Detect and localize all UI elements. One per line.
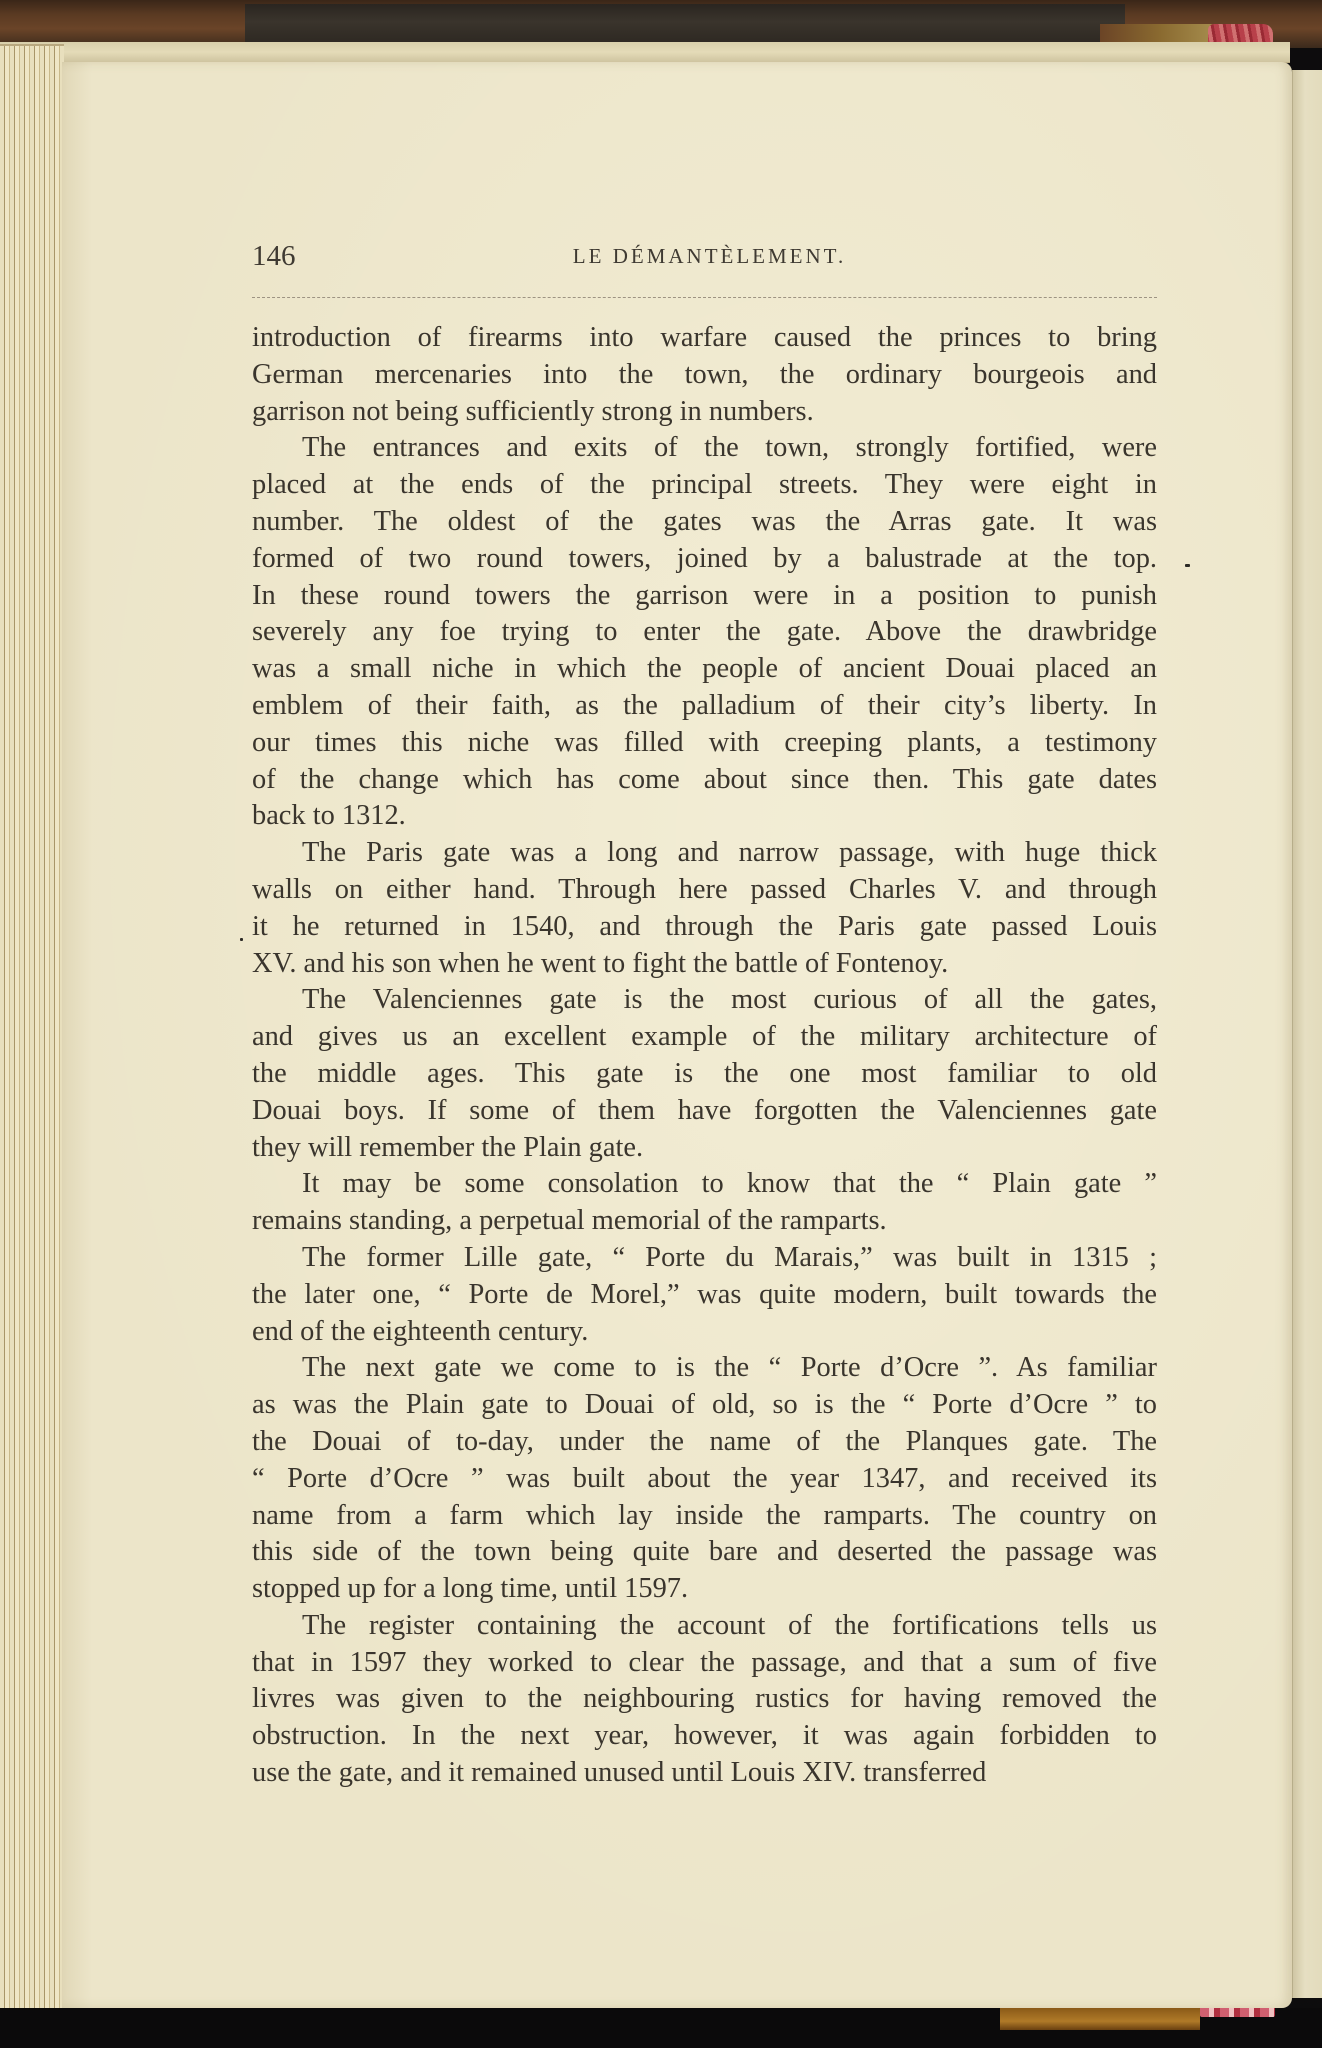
text-line: The next gate we come to is the “ Porte … — [252, 1350, 1157, 1387]
next-page-edge — [1292, 70, 1322, 1998]
page-stack-top-edge — [0, 42, 1290, 63]
text-line: The entrances and exits of the town, str… — [252, 430, 1157, 467]
text-line: use the gate, and it remained unused unt… — [252, 1755, 1157, 1792]
text-line: placed at the ends of the principal stre… — [252, 467, 1157, 504]
text-line: livres was given to the neighbouring rus… — [252, 1681, 1157, 1718]
text-line: emblem of their faith, as the palladium … — [252, 688, 1157, 725]
page-stack-left — [0, 44, 64, 2012]
text-line: that in 1597 they worked to clear the pa… — [252, 1645, 1157, 1682]
chapter-title: LE DÉMANTÈLEMENT. — [252, 244, 1157, 269]
text-line: German mercenaries into the town, the or… — [252, 357, 1157, 394]
text-line: introduction of firearms into warfare ca… — [252, 320, 1157, 357]
text-line: It may be some consolation to know that … — [252, 1166, 1157, 1203]
text-line: of the change which has come about since… — [252, 762, 1157, 799]
text-line: garrison not being sufficiently strong i… — [252, 394, 1157, 431]
paragraph: The Valenciennes gate is the most curiou… — [252, 982, 1157, 1166]
text-line: the Douai of to-day, under the name of t… — [252, 1424, 1157, 1461]
running-head: 146 LE DÉMANTÈLEMENT. — [252, 240, 1157, 280]
text-line: the middle ages. This gate is the one mo… — [252, 1056, 1157, 1093]
text-line: they will remember the Plain gate. — [252, 1130, 1157, 1167]
text-line: The Paris gate was a long and narrow pas… — [252, 835, 1157, 872]
text-line: end of the eighteenth century. — [252, 1314, 1157, 1351]
text-line: obstruction. In the next year, however, … — [252, 1718, 1157, 1755]
paragraph: The former Lille gate, “ Porte du Marais… — [252, 1240, 1157, 1350]
text-line: back to 1312. — [252, 798, 1157, 835]
text-line: and gives us an excellent example of the… — [252, 1019, 1157, 1056]
paragraph: The next gate we come to is the “ Porte … — [252, 1350, 1157, 1608]
text-line: the later one, “ Porte de Morel,” was qu… — [252, 1277, 1157, 1314]
text-line: name from a farm which lay inside the ra… — [252, 1498, 1157, 1535]
margin-mark — [240, 938, 243, 941]
text-line: Douai boys. If some of them have forgott… — [252, 1093, 1157, 1130]
text-line: In these round towers the garrison were … — [252, 578, 1157, 615]
book-cover-bottom-edge — [0, 2008, 1322, 2048]
paragraph: The register containing the account of t… — [252, 1608, 1157, 1792]
header-rule — [252, 297, 1157, 298]
text-line: formed of two round towers, joined by a … — [252, 541, 1157, 578]
paragraph: The entrances and exits of the town, str… — [252, 430, 1157, 835]
text-line: was a small niche in which the people of… — [252, 651, 1157, 688]
book-cover-top-edge — [0, 0, 1322, 48]
text-line: this side of the town being quite bare a… — [252, 1534, 1157, 1571]
margin-mark — [1185, 564, 1190, 567]
text-line: “ Porte d’Ocre ” was built about the yea… — [252, 1461, 1157, 1498]
text-line: The register containing the account of t… — [252, 1608, 1157, 1645]
text-line: remains standing, a perpetual memorial o… — [252, 1203, 1157, 1240]
text-line: severely any foe trying to enter the gat… — [252, 614, 1157, 651]
paragraph: introduction of firearms into warfare ca… — [252, 320, 1157, 430]
text-line: The former Lille gate, “ Porte du Marais… — [252, 1240, 1157, 1277]
text-line: it he returned in 1540, and through the … — [252, 909, 1157, 946]
text-line: XV. and his son when he went to fight th… — [252, 946, 1157, 983]
text-line: our times this niche was filled with cre… — [252, 725, 1157, 762]
text-line: as was the Plain gate to Douai of old, s… — [252, 1387, 1157, 1424]
paragraph: The Paris gate was a long and narrow pas… — [252, 835, 1157, 982]
text-line: The Valenciennes gate is the most curiou… — [252, 982, 1157, 1019]
paragraph: It may be some consolation to know that … — [252, 1166, 1157, 1240]
body-text: introduction of firearms into warfare ca… — [252, 320, 1157, 1792]
text-line: walls on either hand. Through here passe… — [252, 872, 1157, 909]
text-line: number. The oldest of the gates was the … — [252, 504, 1157, 541]
gilt-edge-bottom — [1000, 2008, 1200, 2030]
text-line: stopped up for a long time, until 1597. — [252, 1571, 1157, 1608]
